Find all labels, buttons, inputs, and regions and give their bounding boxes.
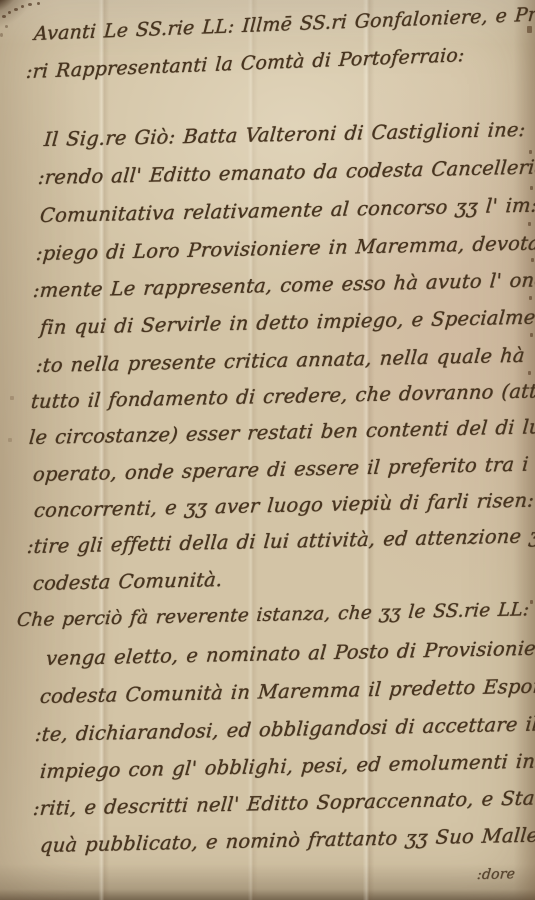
manuscript-line: quà pubblicato, e nominò frattanto ʒʒ Su…	[39, 824, 535, 858]
manuscript-header-line: Avanti Le SS.rie LL: Illmē SS.ri Gonfalo…	[33, 4, 535, 46]
manuscript-line: Che perciò fà reverente istanza, che ʒʒ …	[16, 598, 535, 631]
manuscript-line: concorrenti, e ʒʒ aver luogo viepiù di f…	[33, 490, 535, 523]
manuscript-line: :tire gli effetti della di lui attività,…	[26, 525, 535, 558]
manuscript-line: tutto il fondamento di credere, che dovr…	[30, 380, 535, 414]
manuscript-line: fin qui di Servirle in detto impiego, e …	[39, 306, 535, 339]
manuscript-page: Avanti Le SS.rie LL: Illmē SS.ri Gonfalo…	[0, 0, 535, 900]
manuscript-line: codesta Comunità in Maremma il predetto …	[39, 675, 535, 709]
manuscript-line: :riti, e descritti nell' Editto Sopracce…	[32, 787, 535, 820]
manuscript-line: codesta Comunità.	[32, 569, 223, 595]
manuscript-line: venga eletto, e nominato al Posto di Pro…	[45, 637, 535, 671]
manuscript-line: :to nella presente critica annata, nella…	[35, 345, 526, 378]
manuscript-line: operato, onde sperare di essere il prefe…	[32, 454, 529, 487]
manuscript-line: impiego con gl' obblighi, pesi, ed emolu…	[39, 750, 535, 783]
manuscript-line: Il Sig.re Giò: Batta Valteroni di Castig…	[43, 119, 526, 152]
manuscript-line: le circostanze) esser restati ben conten…	[28, 416, 535, 449]
manuscript-line: Comunitativa relativamente al concorso ʒ…	[39, 195, 535, 228]
manuscript-line: :te, dichiarandosi, ed obbligandosi di a…	[34, 713, 535, 747]
manuscript-header-line: :ri Rappresentanti la Comtà di Portoferr…	[25, 45, 465, 84]
manuscript-line: :piego di Loro Provisioniere in Maremma,…	[35, 232, 535, 265]
manuscript-line: :mente Le rappresenta, come esso hà avut…	[32, 269, 535, 303]
manuscript-line: :rendo all' Editto emanato da codesta Ca…	[37, 156, 535, 189]
catchword: :dore	[476, 866, 515, 883]
